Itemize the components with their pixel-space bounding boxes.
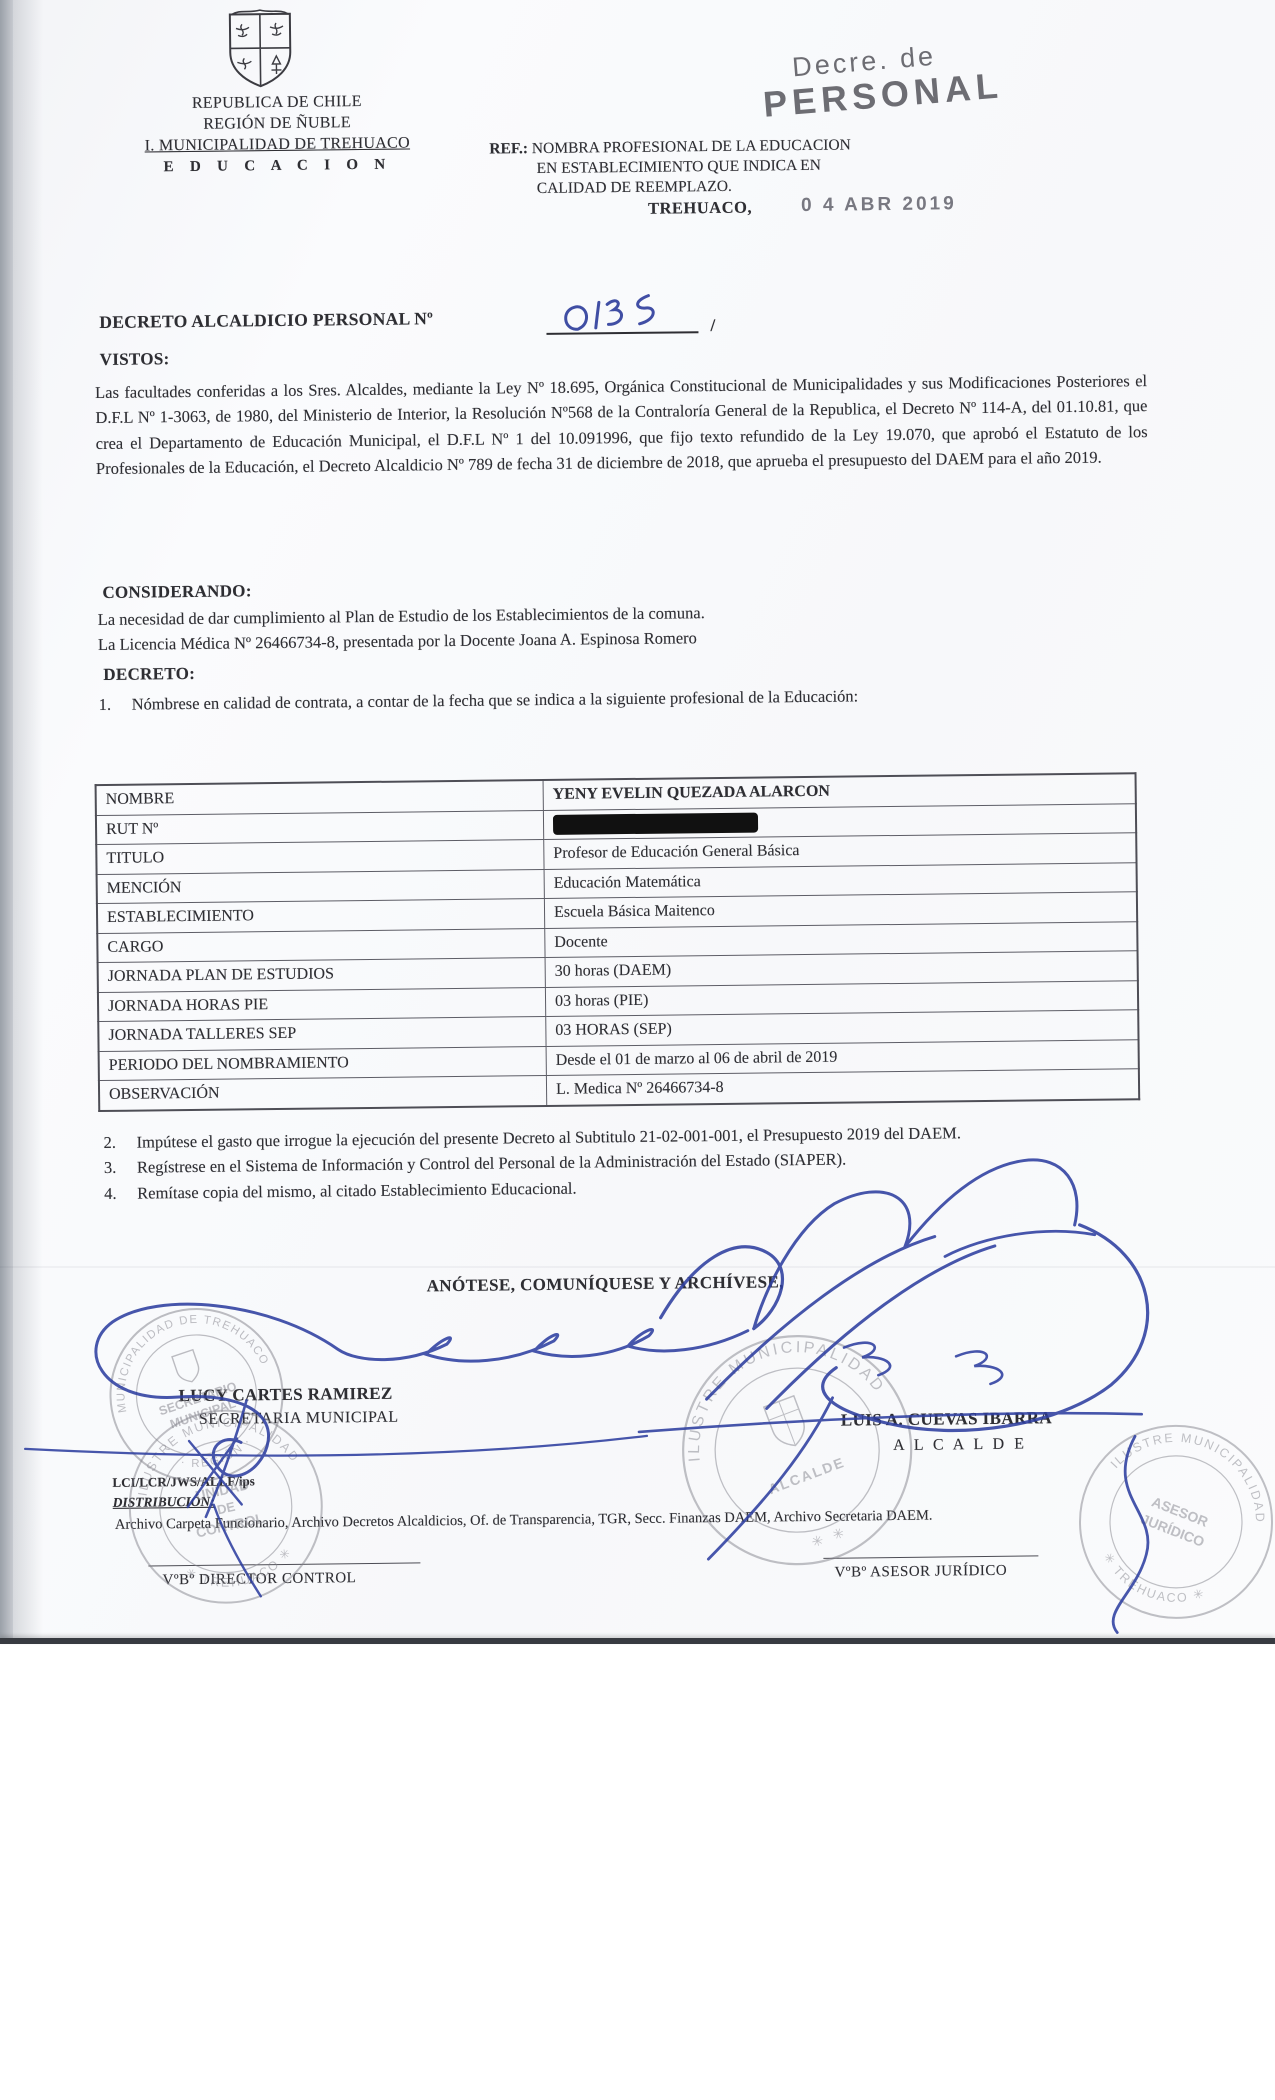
row-label: OBSERVACIÓN — [99, 1075, 547, 1110]
vistos-body: Las facultades conferidas a los Sres. Al… — [95, 368, 1148, 481]
letterhead-region: REGIÓN DE ÑUBLE — [112, 113, 442, 135]
ref-line1: NOMBRA PROFESIONAL DE LA EDUCACION — [532, 136, 851, 157]
decreto-title: DECRETO: — [103, 664, 195, 685]
scanned-document: REPUBLICA DE CHILE REGIÓN DE ÑUBLE I. MU… — [0, 0, 1275, 2100]
row-value: L. Medica Nº 26466734-8 — [546, 1069, 1139, 1106]
decree-number-label: DECRETO ALCALDICIO PERSONAL Nº — [99, 308, 433, 333]
letterhead-country: REPUBLICA DE CHILE — [112, 92, 442, 114]
vb-asesor-juridico: VºBº ASESOR JURÍDICO — [834, 1563, 1007, 1582]
letterhead-department: E D U C A C I O N — [112, 156, 442, 177]
considerando-title: CONSIDERANDO: — [102, 581, 252, 603]
page-bottom-edge — [0, 1638, 1275, 1644]
distribution-label: DISTRIBUCIÓN: — [113, 1494, 215, 1511]
redaction-box — [553, 812, 758, 834]
decreto-item-1: 1. Nómbrese en calidad de contrata, a co… — [99, 680, 1190, 718]
vb-director-control: VºBº DIRECTOR CONTROL — [163, 1570, 357, 1589]
vb-right-line — [823, 1555, 1038, 1558]
stamp-arc-bottom: · REGIÓN · — [176, 1433, 257, 1479]
ref-block: REF.: NOMBRA PROFESIONAL DE LA EDUCACION… — [489, 135, 930, 200]
stamp-arc-bottom: ✳ TREHUACO ✳ — [1092, 1547, 1211, 1620]
document-content: REPUBLICA DE CHILE REGIÓN DE ÑUBLE I. MU… — [0, 0, 1275, 1650]
closing-formula: ANÓTESE, COMUNÍQUESE Y ARCHÍVESE, — [285, 1271, 925, 1298]
item1-text: Nómbrese en calidad de contrata, a conta… — [132, 686, 859, 713]
distribution-text: Archivo Carpeta Funcionario, Archivo Dec… — [115, 1505, 1175, 1534]
letterhead-municipality: I. MUNICIPALIDAD DE TREHUACO — [112, 134, 442, 156]
vistos-title: VISTOS: — [100, 349, 170, 370]
item-number: 3. — [104, 1155, 117, 1180]
stamp-arc-top: ILUSTRE MUNICIPALIDAD — [657, 1308, 890, 1467]
secretary-signature — [95, 1298, 750, 1598]
decree-number-suffix: / — [710, 315, 715, 336]
decree-items: 2. Impútese el gasto que irrogue la ejec… — [103, 1118, 1162, 1206]
item-number: 4. — [104, 1180, 117, 1205]
appointment-table: NOMBRE YENY EVELIN QUEZADA ALARCON RUT N… — [95, 772, 1141, 1111]
dateline-date-stamp: 0 4 ABR 2019 — [801, 193, 957, 217]
mayor-title: A L C A L D E — [893, 1436, 1027, 1456]
item-text: Remítase copia del mismo, al citado Esta… — [137, 1178, 577, 1202]
dateline-city: TREHUACO, — [648, 198, 752, 219]
svg-text:✳ TREHUACO ✳: ✳ TREHUACO ✳ — [1092, 1547, 1211, 1620]
personnel-decree-stamp: Decre. de PERSONAL — [759, 31, 1064, 126]
mayor-name: LUIS A. CUEVAS IBARRA — [841, 1408, 1052, 1430]
svg-text:ILUSTRE MUNICIPALIDAD: ILUSTRE MUNICIPALIDAD — [657, 1308, 890, 1467]
item1-number: 1. — [99, 692, 112, 717]
secretary-name: LUCY CARTES RAMIREZ — [178, 1384, 392, 1406]
item-number: 2. — [103, 1130, 116, 1155]
ref-label: REF.: — [489, 140, 528, 157]
stamp-center-1: ALCALDE — [766, 1454, 847, 1497]
svg-text:· REGIÓN ·: · REGIÓN · — [176, 1433, 257, 1479]
initials-line: LCI/LCR/JWS/ALLF/ips — [112, 1473, 255, 1491]
coat-of-arms — [222, 6, 299, 91]
secretary-title: SECRETARIA MUNICIPAL — [199, 1409, 399, 1429]
vb-left-line — [148, 1562, 420, 1566]
